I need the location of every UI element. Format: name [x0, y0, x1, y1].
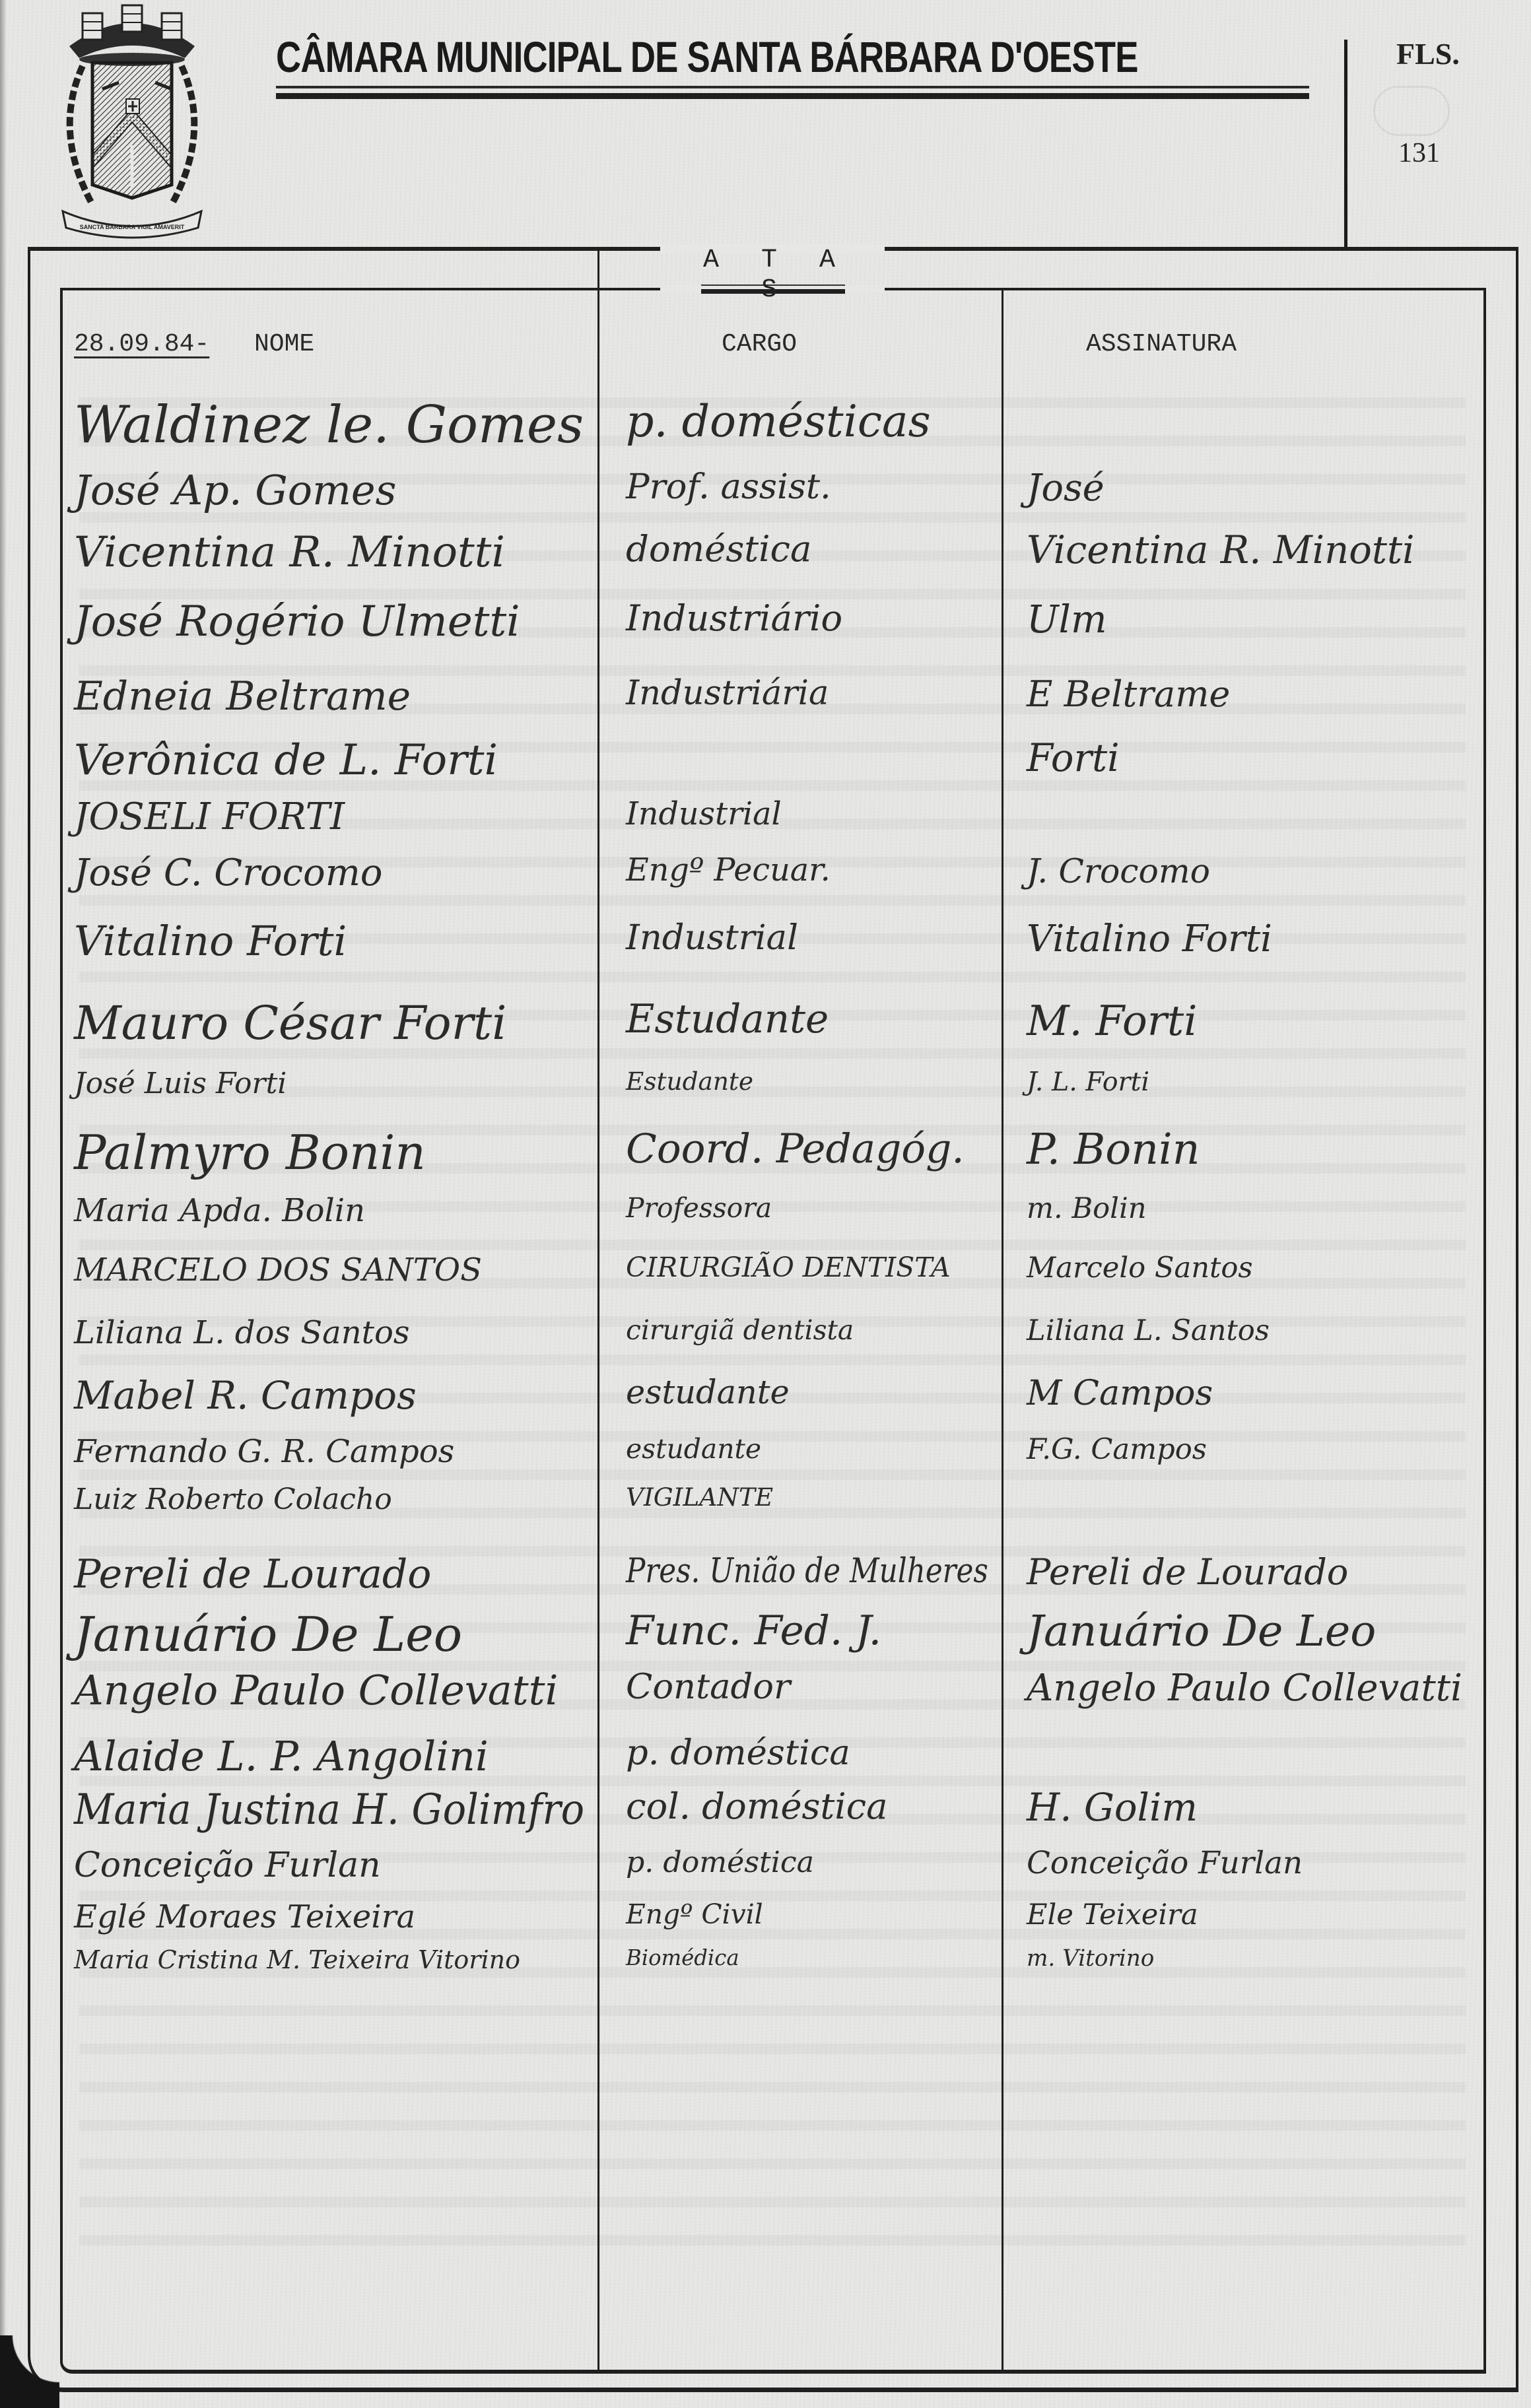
cargo-cell: Engº Pecuar.	[626, 855, 831, 886]
svg-text:SANCTA BARBARA VIGIL AMAVERIT: SANCTA BARBARA VIGIL AMAVERIT	[80, 224, 185, 230]
signature-cell: Vitalino Forti	[1027, 921, 1272, 958]
cargo-cell: estudante	[626, 1436, 761, 1463]
cargo-cell: p. domésticas	[626, 399, 931, 443]
table-row: Conceição Furlanp. domésticaConceição Fu…	[0, 1848, 1531, 1888]
name-cell: José C. Crocomo	[74, 855, 383, 892]
table-row: Eglé Moraes TeixeiraEngº CivilEle Teixei…	[0, 1901, 1531, 1941]
name-cell: JOSELI FORTI	[74, 799, 345, 836]
name-cell: Verônica de L. Forti	[74, 739, 498, 782]
cargo-cell: doméstica	[626, 531, 811, 567]
signature-cell: Liliana L. Santos	[1027, 1317, 1270, 1345]
title-rule-thin	[276, 86, 1309, 88]
table-row: Luiz Roberto ColachoVIGILANTE	[0, 1485, 1531, 1525]
signature-cell: J. L. Forti	[1027, 1069, 1149, 1096]
table-row: Fernando G. R. CamposestudanteF.G. Campo…	[0, 1436, 1531, 1475]
cargo-cell: p. doméstica	[626, 1736, 850, 1771]
name-cell: Eglé Moraes Teixeira	[74, 1901, 415, 1933]
table-row: Mauro César FortiEstudanteM. Forti	[0, 1000, 1531, 1040]
signature-cell: Ele Teixeira	[1027, 1901, 1198, 1929]
cargo-cell: VIGILANTE	[626, 1485, 773, 1510]
cargo-cell: Contador	[626, 1670, 790, 1705]
signature-cell: José	[1027, 470, 1105, 507]
name-cell: Conceição Furlan	[74, 1848, 381, 1883]
cargo-cell: Engº Civil	[626, 1901, 763, 1928]
name-cell: Mabel R. Campos	[74, 1376, 417, 1415]
name-cell: Maria Justina H. Golimfro	[74, 1789, 584, 1831]
name-cell: Fernando G. R. Campos	[74, 1436, 454, 1467]
cargo-cell: Industrial	[626, 921, 798, 956]
cargo-cell: Professora	[626, 1195, 772, 1222]
table-row: José Rogério UlmettiIndustriárioUlm	[0, 601, 1531, 640]
name-cell: Maria Apda. Bolin	[74, 1195, 365, 1226]
cargo-cell: Industriária	[626, 677, 829, 710]
table-row: Vitalino FortiIndustrialVitalino Forti	[0, 921, 1531, 960]
faint-stamp	[1373, 86, 1450, 136]
column-header-signature: ASSINATURA	[1086, 330, 1237, 358]
table-row: Angelo Paulo CollevattiContadorAngelo Pa…	[0, 1670, 1531, 1710]
title-rule-thick	[276, 93, 1309, 99]
meeting-date: 28.09.84-	[74, 330, 209, 358]
municipal-coat-of-arms-icon: SANCTA BARBARA VIGIL AMAVERIT	[36, 0, 228, 241]
signature-cell: Pereli de Lourado	[1027, 1555, 1348, 1590]
name-cell: Vitalino Forti	[74, 921, 347, 962]
name-cell: Liliana L. dos Santos	[74, 1317, 409, 1349]
signature-cell: H. Golim	[1027, 1789, 1198, 1827]
table-row: JOSELI FORTIIndustrial	[0, 799, 1531, 838]
section-title: A T A S	[700, 246, 852, 305]
cargo-cell: Estudante	[626, 1069, 753, 1094]
table-row: Edneia BeltrameIndustriáriaE Beltrame	[0, 677, 1531, 716]
signature-cell: Januário De Leo	[1027, 1611, 1376, 1654]
name-cell: Waldinez le. Gomes	[74, 399, 584, 451]
signature-cell: Marcelo Santos	[1027, 1254, 1253, 1283]
table-row: Palmyro BoninCoord. Pedagóg.P. Bonin	[0, 1129, 1531, 1168]
signature-cell: F.G. Campos	[1027, 1436, 1207, 1464]
table-row: José Ap. GomesProf. assist.José	[0, 470, 1531, 510]
sheet-divider	[1344, 40, 1347, 251]
name-cell: MARCELO DOS SANTOS	[74, 1254, 482, 1286]
signature-cell: Vicentina R. Minotti	[1027, 531, 1415, 570]
name-cell: Mauro César Forti	[74, 1000, 507, 1046]
table-row: Maria Justina H. Golimfrocol. domésticaH…	[0, 1789, 1531, 1828]
table-row: Waldinez le. Gomesp. domésticas	[0, 399, 1531, 439]
name-cell: José Rogério Ulmetti	[74, 601, 520, 643]
table-row: Maria Cristina M. Teixeira VitorinoBiomé…	[0, 1947, 1531, 1987]
cargo-cell: cirurgiã dentista	[626, 1317, 854, 1344]
cargo-cell: Prof. assist.	[626, 470, 831, 505]
table-row: Pereli de LouradoPres. União de Mulheres…	[0, 1555, 1531, 1594]
signature-cell: M Campos	[1027, 1376, 1213, 1411]
name-cell: Pereli de Lourado	[74, 1555, 431, 1594]
cargo-cell: Biomédica	[626, 1947, 739, 1968]
cargo-cell: p. doméstica	[626, 1848, 814, 1877]
table-row: Liliana L. dos Santoscirurgiã dentistaLi…	[0, 1317, 1531, 1356]
signature-cell: Conceição Furlan	[1027, 1848, 1303, 1879]
name-cell: Alaide L. P. Angolini	[74, 1736, 489, 1777]
table-row: Maria Apda. BolinProfessoram. Bolin	[0, 1195, 1531, 1234]
name-cell: Vicentina R. Minotti	[74, 531, 505, 574]
signature-cell: E Beltrame	[1027, 677, 1230, 712]
signature-cell: Forti	[1027, 739, 1120, 778]
name-cell: Angelo Paulo Collevatti	[74, 1670, 558, 1711]
name-cell: Luiz Roberto Colacho	[74, 1485, 392, 1514]
cargo-cell: Estudante	[626, 1000, 829, 1040]
signature-cell: Angelo Paulo Collevatti	[1027, 1670, 1462, 1707]
signature-cell: P. Bonin	[1027, 1129, 1200, 1172]
signature-cell: M. Forti	[1027, 1000, 1197, 1042]
cargo-cell: Coord. Pedagóg.	[626, 1129, 965, 1169]
cargo-cell: estudante	[626, 1376, 790, 1409]
cargo-cell: Industriário	[626, 601, 842, 636]
sheet-label: FLS.	[1396, 36, 1460, 71]
sheet-number: 131	[1398, 137, 1440, 169]
cargo-cell: col. doméstica	[626, 1789, 888, 1824]
table-row: Vicentina R. MinottidomésticaVicentina R…	[0, 531, 1531, 571]
table-row: Mabel R. CamposestudanteM Campos	[0, 1376, 1531, 1416]
cargo-cell: Industrial	[626, 799, 782, 830]
signature-cell: J. Crocomo	[1027, 855, 1210, 888]
table-row: Januário De LeoFunc. Fed. J.Januário De …	[0, 1611, 1531, 1650]
table-row: José Luis FortiEstudanteJ. L. Forti	[0, 1069, 1531, 1109]
name-cell: Edneia Beltrame	[74, 677, 411, 716]
signature-cell: m. Bolin	[1027, 1195, 1147, 1223]
column-header-cargo: CARGO	[722, 330, 797, 358]
name-cell: José Ap. Gomes	[74, 470, 396, 511]
organization-title: CÂMARA MUNICIPAL DE SANTA BÁRBARA D'OEST…	[276, 32, 1138, 82]
name-cell: Januário De Leo	[74, 1611, 462, 1658]
name-cell: Palmyro Bonin	[74, 1129, 426, 1176]
signature-cell: m. Vitorino	[1027, 1947, 1154, 1970]
table-row: Verônica de L. FortiForti	[0, 739, 1531, 779]
signature-cell: Ulm	[1027, 601, 1107, 639]
table-row: Alaide L. P. Angolinip. doméstica	[0, 1736, 1531, 1776]
page-corner-shadow	[0, 2335, 59, 2408]
cargo-cell: Func. Fed. J.	[626, 1611, 881, 1651]
name-cell: Maria Cristina M. Teixeira Vitorino	[74, 1947, 520, 1972]
table-row: José C. CrocomoEngº Pecuar.J. Crocomo	[0, 855, 1531, 894]
name-cell: José Luis Forti	[74, 1069, 287, 1098]
table-row: MARCELO DOS SANTOSCIRURGIÃO DENTISTAMarc…	[0, 1254, 1531, 1294]
cargo-cell: CIRURGIÃO DENTISTA	[626, 1254, 951, 1281]
column-header-name: NOME	[254, 330, 314, 358]
cargo-cell: Pres. União de Mulheres	[626, 1555, 988, 1588]
